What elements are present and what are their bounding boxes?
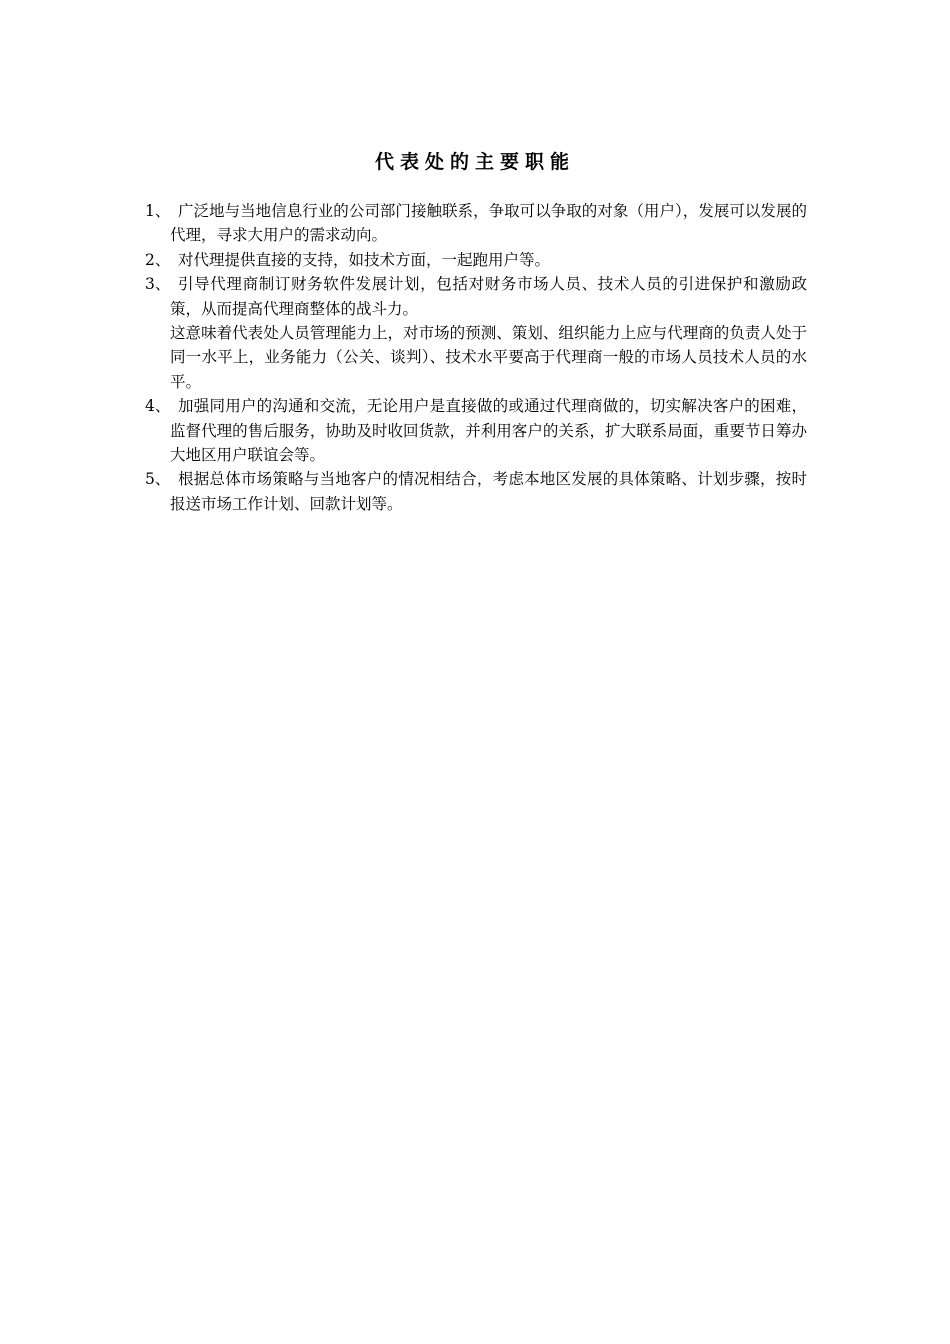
- list-item-5: 5、 根据总体市场策略与当地客户的情况相结合，考虑本地区发展的具体策略、计划步骤…: [145, 467, 807, 516]
- list-item-1: 1、 广泛地与当地信息行业的公司部门接触联系，争取可以争取的对象（用户），发展可…: [145, 199, 807, 248]
- item-number: 3、: [145, 272, 178, 296]
- list-item-4: 4、 加强同用户的沟通和交流，无论用户是直接做的或通过代理商做的，切实解决客户的…: [145, 394, 807, 467]
- item-number: 5、: [145, 467, 178, 491]
- list-item-2: 2、 对代理提供直接的支持，如技术方面，一起跑用户等。: [145, 248, 807, 272]
- list-item-3: 3、 引导代理商制订财务软件发展计划，包括对财务市场人员、技术人员的引进保护和激…: [145, 272, 807, 321]
- item-text: 引导代理商制订财务软件发展计划，包括对财务市场人员、技术人员的引进保护和激励政策…: [170, 272, 807, 321]
- item-3-extra-paragraph: 这意味着代表处人员管理能力上，对市场的预测、策划、组织能力上应与代理商的负责人处…: [145, 321, 807, 394]
- page-title: 代表处的主要职能: [0, 148, 950, 176]
- item-number: 2、: [145, 248, 178, 272]
- item-number: 4、: [145, 394, 178, 418]
- document-page: 代表处的主要职能 1、 广泛地与当地信息行业的公司部门接触联系，争取可以争取的对…: [0, 0, 950, 1344]
- item-text: 广泛地与当地信息行业的公司部门接触联系，争取可以争取的对象（用户），发展可以发展…: [170, 199, 807, 248]
- item-text: 加强同用户的沟通和交流，无论用户是直接做的或通过代理商做的，切实解决客户的困难，…: [170, 394, 807, 467]
- item-number: 1、: [145, 199, 178, 223]
- functions-list: 1、 广泛地与当地信息行业的公司部门接触联系，争取可以争取的对象（用户），发展可…: [145, 199, 807, 516]
- item-text: 对代理提供直接的支持，如技术方面，一起跑用户等。: [170, 248, 807, 272]
- item-text: 根据总体市场策略与当地客户的情况相结合，考虑本地区发展的具体策略、计划步骤，按时…: [170, 467, 807, 516]
